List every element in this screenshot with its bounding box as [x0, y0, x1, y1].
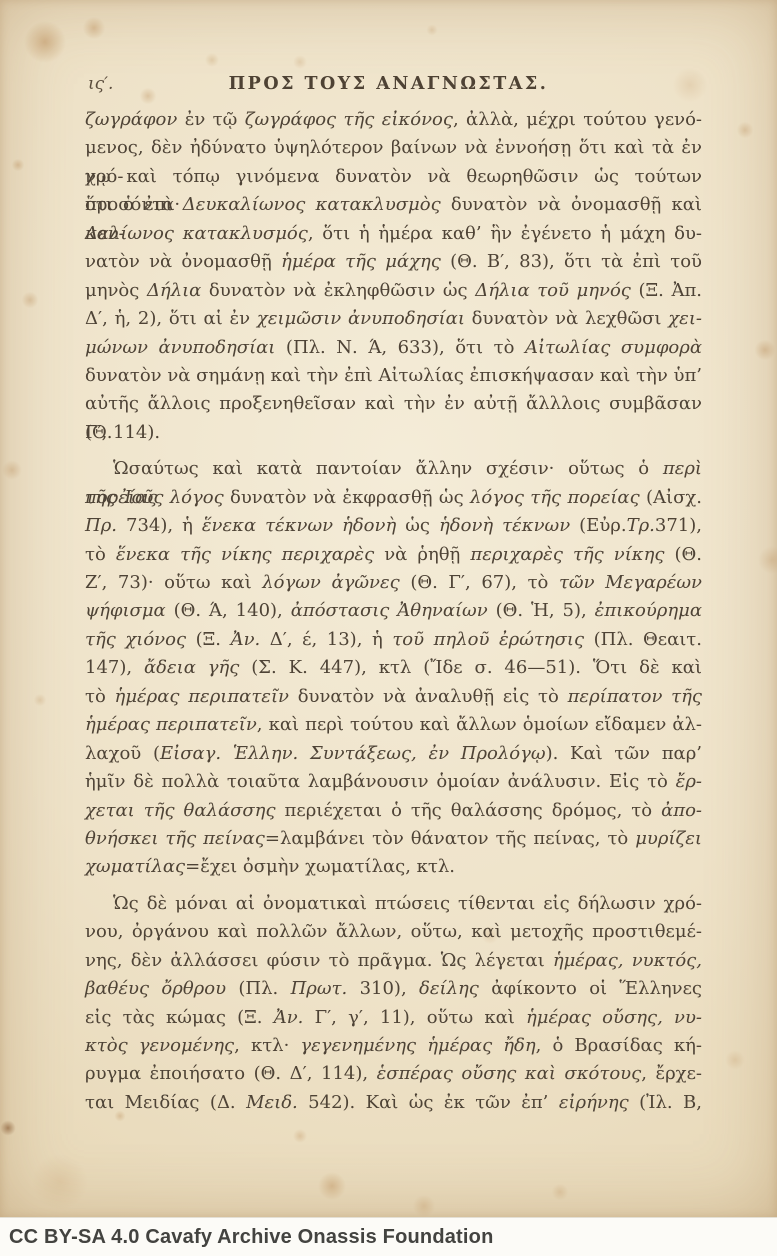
- text-block: ζωγράφον ἐν τῷ ζωγράφος τῆς εἰκόνος, ἀλλ…: [85, 106, 702, 1117]
- text-line: τῆς χιόνος (Ξ. Ἀν. Δ′, έ, 13), ἡ τοῦ πηλ…: [85, 626, 702, 654]
- paragraph: ζωγράφον ἐν τῷ ζωγράφος τῆς εἰκόνος, ἀλλ…: [85, 106, 702, 447]
- paragraph: Ὡς δὲ μόναι αἱ ὀνοματικαὶ πτώσεις τίθεντ…: [85, 890, 702, 1118]
- text-line: λαχοῦ (Εἰσαγ. Ἑλλην. Συντάξεως, ἐν Προλό…: [85, 740, 702, 768]
- text-line: νου, ὀργάνου καὶ πολλῶν ἄλλων, οὕτω, καὶ…: [85, 918, 702, 946]
- text-line: εἰς τὰς κώμας (Ξ. Ἀν. Γ′, γ′, 11), οὕτω …: [85, 1004, 702, 1032]
- text-line: ζωγράφον ἐν τῷ ζωγράφος τῆς εἰκόνος, ἀλλ…: [85, 106, 702, 134]
- text-line: τὸ ἡμέρας περιπατεῖν δυνατὸν νὰ ἀναλυθῇ …: [85, 683, 702, 711]
- scanned-book-page: ις′. ΠΡΟΣ ΤΟΥΣ ΑΝΑΓΝΩΣΤΑΣ. ζωγράφον ἐν τ…: [0, 0, 777, 1256]
- text-line: τῆς Ἰοῦς λόγος δυνατὸν νὰ ἐκφρασθῇ ὡς λό…: [85, 484, 702, 512]
- text-line: μώνων ἀνυποδησίαι (Πλ. Ν. Ά, 633), ὅτι τ…: [85, 334, 702, 362]
- text-line: μενος, δὲν ἠδύνατο ὑψηλότερον βαίνων νὰ …: [85, 134, 702, 162]
- text-line: Ὡσαύτως καὶ κατὰ παντοίαν ἄλλην σχέσιν· …: [85, 455, 702, 483]
- license-text: CC BY-SA 4.0 Cavafy Archive Onassis Foun…: [0, 1218, 777, 1256]
- text-line: δυνατὸν νὰ σημάνῃ καὶ τὴν ἐπὶ Αἰτωλίας ἐ…: [85, 362, 702, 390]
- text-line: ρυγμα ἐποιήσατο (Θ. Δ′, 114), ἑσπέρας οὔ…: [85, 1060, 702, 1088]
- text-line: μηνὸς Δήλια δυνατὸν νὰ ἐκληφθῶσιν ὡς Δήλ…: [85, 277, 702, 305]
- text-line: Πρ. 734), ἡ ἕνεκα τέκνων ἡδονὴ ὡς ἡδονὴ …: [85, 512, 702, 540]
- text-line: Δ′, ἡ, 2), ὅτι αἱ ἐν χειμῶσιν ἀνυποδησία…: [85, 305, 702, 333]
- text-line: ἡμέρας περιπατεῖν, καὶ περὶ τούτου καὶ ἄ…: [85, 711, 702, 739]
- text-line: νης, δὲν ἀλλάσσει φύσιν τὸ πρᾶγμα. Ὡς λέ…: [85, 947, 702, 975]
- book-page: ις′. ΠΡΟΣ ΤΟΥΣ ΑΝΑΓΝΩΣΤΑΣ. ζωγράφον ἐν τ…: [0, 0, 777, 1218]
- text-line: νατὸν νὰ ὀνομασθῇ ἡμέρα τῆς μάχης (Θ. Β′…: [85, 248, 702, 276]
- license-bar: CC BY-SA 4.0 Cavafy Archive Onassis Foun…: [0, 1217, 777, 1256]
- text-line: 147), ἄδεια γῆς (Σ. Κ. 447), κτλ (Ἴδε σ.…: [85, 654, 702, 682]
- text-line: Γ′, 114).: [85, 419, 702, 447]
- text-line: ται Μειδίας (Δ. Μειδ. 542). Καὶ ὡς ἐκ τῶ…: [85, 1089, 702, 1117]
- text-line: Ὡς δὲ μόναι αἱ ὀνοματικαὶ πτώσεις τίθεντ…: [85, 890, 702, 918]
- running-title: ΠΡΟΣ ΤΟΥΣ ΑΝΑΓΝΩΣΤΑΣ.: [0, 74, 777, 94]
- text-line: θνήσκει τῆς πείνας=λαμβάνει τὸν θάνατον …: [85, 825, 702, 853]
- text-line: χωματίλας=ἔχει ὀσμὴν χωματίλας, κτλ.: [85, 853, 702, 881]
- text-line: Ζ′, 73)· οὕτω καὶ λόγων ἀγῶνες (Θ. Γ′, 6…: [85, 569, 702, 597]
- text-line: τὸ ἕνεκα τῆς νίκης περιχαρὲς νὰ ῥηθῇ περ…: [85, 541, 702, 569]
- text-line: ἡμῖν δὲ πολλὰ τοιαῦτα λαμβάνουσιν ὁμοίαν…: [85, 768, 702, 796]
- text-line: καλίωνος κατακλυσμός, ὅτι ἡ ἡμέρα καθ’ ἣ…: [85, 220, 702, 248]
- paragraph: Ὡσαύτως καὶ κατὰ παντοίαν ἄλλην σχέσιν· …: [85, 455, 702, 882]
- text-line: βαθέυς ὄρθρου (Πλ. Πρωτ. 310), δείλης ἀφ…: [85, 975, 702, 1003]
- text-line: ὅτι ὁ ἐπὶ Δευκαλίωνος κατακλυσμὸς δυνατὸ…: [85, 191, 702, 219]
- text-line: κτὸς γενομένης, κτλ· γεγενημένης ἡμέρας …: [85, 1032, 702, 1060]
- text-line: νῳ καὶ τόπῳ γινόμενα δυνατὸν νὰ θεωρηθῶσ…: [85, 163, 702, 191]
- text-line: αὐτῆς ἄλλοις προξενηθεῖσαν καὶ τὴν ἐν αὐ…: [85, 390, 702, 418]
- text-line: χεται τῆς θαλάσσης περιέχεται ὁ τῆς θαλά…: [85, 797, 702, 825]
- text-line: ψήφισμα (Θ. Ά, 140), ἀπόστασις Ἀθηναίων …: [85, 597, 702, 625]
